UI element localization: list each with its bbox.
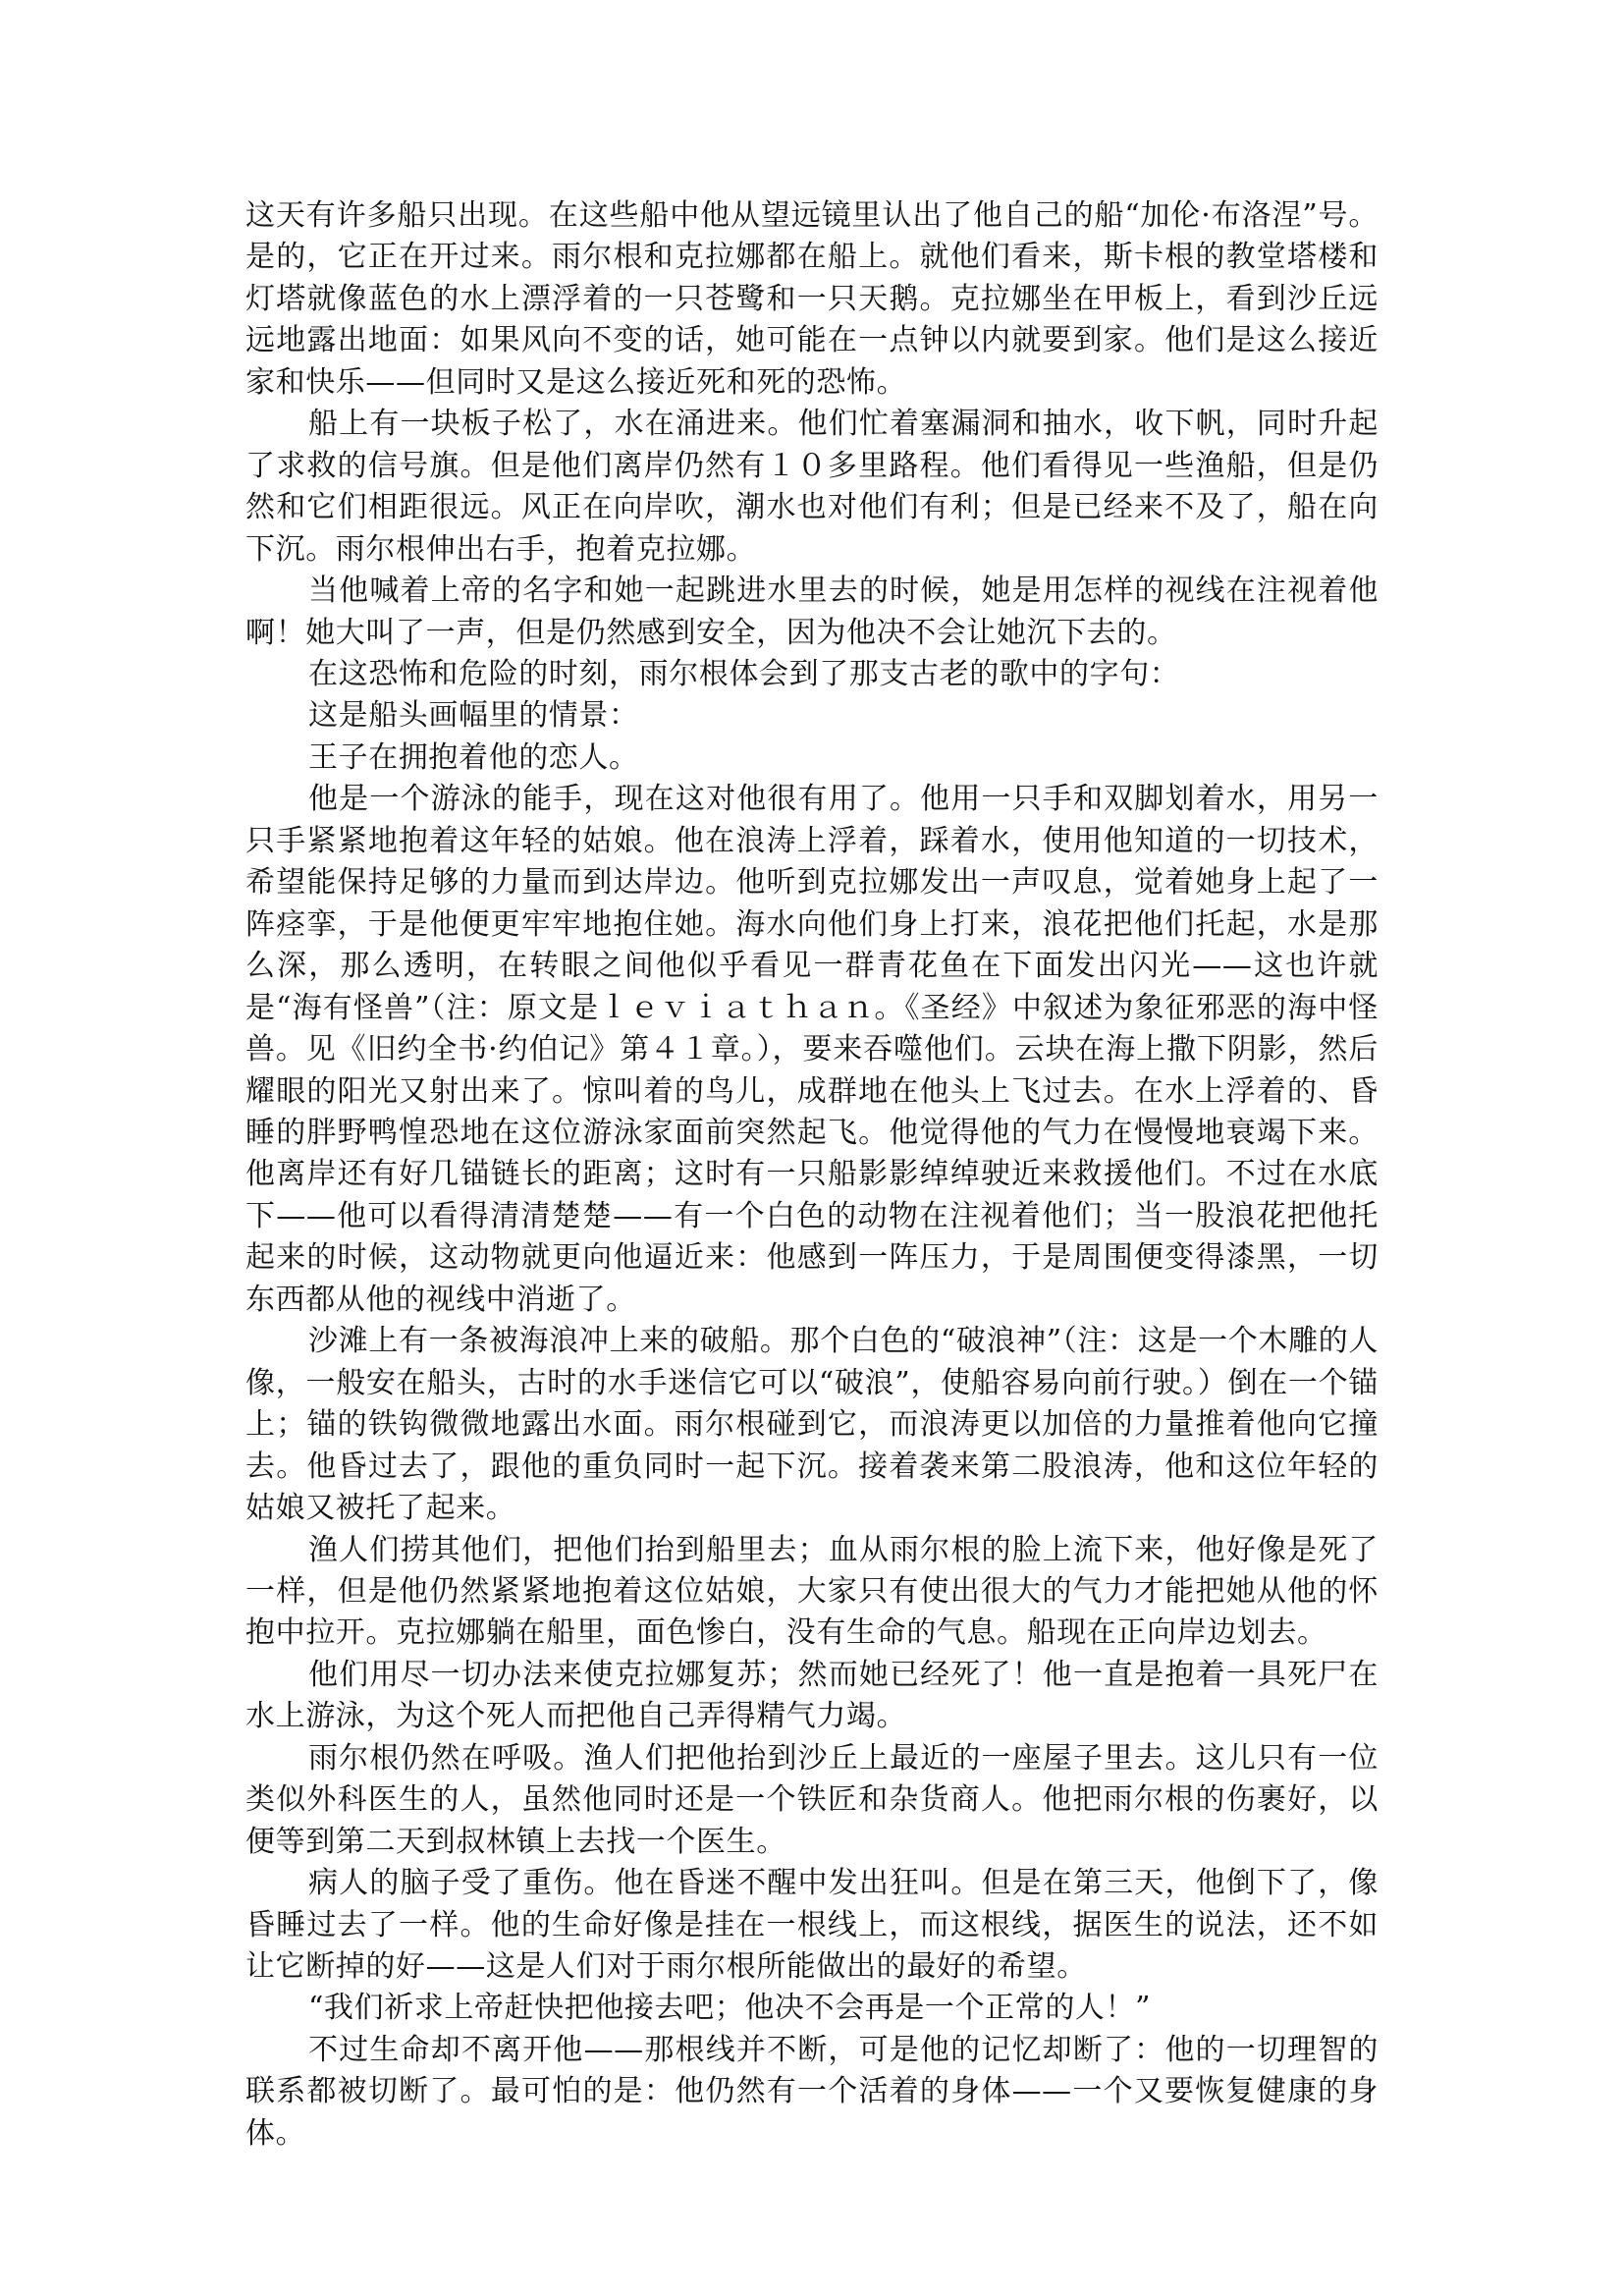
paragraph-12: 病人的脑子受了重伤。他在昏迷不醒中发出狂叫。但是在第三天，他倒下了，像昏睡过去了… <box>245 1863 1379 1988</box>
verse-line-2: 王子在拥抱着他的恋人。 <box>245 738 1379 779</box>
paragraph-8: 沙滩上有一条被海浪冲上来的破船。那个白色的“破浪神”（注：这是一个木雕的人像，一… <box>245 1321 1379 1529</box>
paragraph-14: 不过生命却不离开他——那根线并不断，可是他的记忆却断了：他的一切理智的联系都被切… <box>245 2030 1379 2155</box>
paragraph-9: 渔人们捞其他们，把他们抬到船里去；血从雨尔根的脸上流下来，他好像是死了一样，但是… <box>245 1530 1379 1655</box>
document-page: 这天有许多船只出现。在这些船中他从望远镜里认出了他自己的船“加伦·布洛涅”号。是… <box>245 195 1379 2155</box>
paragraph-2: 船上有一块板子松了，水在涌进来。他们忙着塞漏洞和抽水，收下帆，同时升起了求救的信… <box>245 404 1379 571</box>
verse-line-1: 这是船头画幅里的情景： <box>245 695 1379 737</box>
paragraph-1: 这天有许多船只出现。在这些船中他从望远镜里认出了他自己的船“加伦·布洛涅”号。是… <box>245 195 1379 404</box>
quote-paragraph: “我们祈求上帝赶快把他接去吧；他决不会再是一个正常的人！” <box>245 1988 1379 2029</box>
paragraph-10: 他们用尽一切办法来使克拉娜复苏；然而她已经死了！他一直是抱着一具死尸在水上游泳，… <box>245 1655 1379 1738</box>
paragraph-7: 他是一个游泳的能手，现在这对他很有用了。他用一只手和双脚划着水，用另一只手紧紧地… <box>245 779 1379 1321</box>
paragraph-11: 雨尔根仍然在呼吸。渔人们把他抬到沙丘上最近的一座屋子里去。这儿只有一位类似外科医… <box>245 1738 1379 1863</box>
paragraph-3: 当他喊着上帝的名字和她一起跳进水里去的时候，她是用怎样的视线在注视着他啊！她大叫… <box>245 571 1379 654</box>
paragraph-4: 在这恐怖和危险的时刻，雨尔根体会到了那支古老的歌中的字句： <box>245 654 1379 695</box>
